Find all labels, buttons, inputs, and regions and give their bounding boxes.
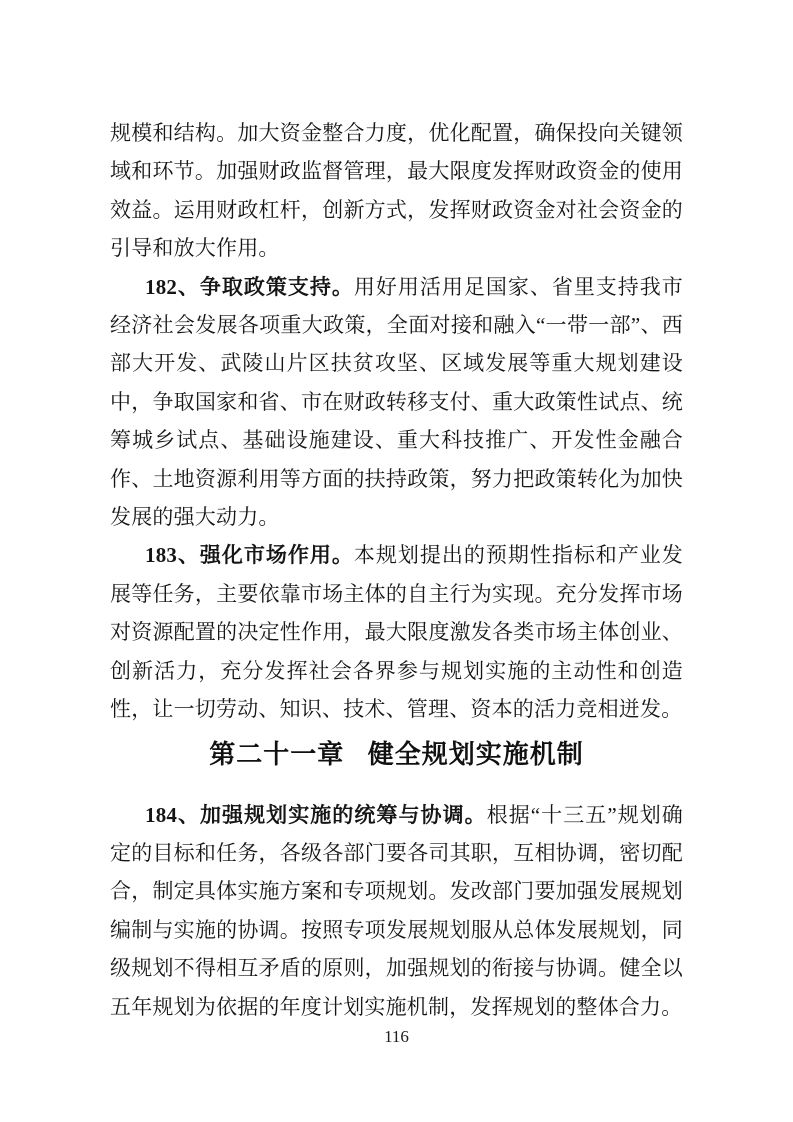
paragraph-text: 用好用活用足国家、省里支持我市经济社会发展各项重大政策，全面对接和融入“一带一部… [110,275,683,529]
page-number: 116 [0,1026,793,1048]
document-page: 规模和结构。加大资金整合力度，优化配置，确保投向关键领域和环节。加强财政监督管理… [0,0,793,1122]
paragraph-continuation: 规模和结构。加大资金整合力度，优化配置，确保投向关键领域和环节。加强财政监督管理… [110,114,683,268]
paragraph-lead: 182、争取政策支持。 [145,275,354,299]
paragraph-184: 184、加强规划实施的统筹与协调。根据“十三五”规划确定的目标和任务，各级各部门… [110,796,683,1026]
chapter-title: 健全规划实施机制 [368,739,584,769]
paragraph-lead: 183、强化市场作用。 [145,543,354,567]
paragraph-183: 183、强化市场作用。本规划提出的预期性指标和产业发展等任务，主要依靠市场主体的… [110,536,683,728]
chapter-number: 第二十一章 [209,739,344,769]
paragraph-text: 本规划提出的预期性指标和产业发展等任务，主要依靠市场主体的自主行为实现。充分发挥… [110,543,683,721]
paragraph-lead: 184、加强规划实施的统筹与协调。 [145,803,487,827]
paragraph-text: 根据“十三五”规划确定的目标和任务，各级各部门要各司其职，互相协调，密切配合，制… [110,803,683,1019]
text-block: 规模和结构。加大资金整合力度，优化配置，确保投向关键领域和环节。加强财政监督管理… [110,114,683,1026]
chapter-heading: 第二十一章健全规划实施机制 [110,733,683,775]
paragraph-182: 182、争取政策支持。用好用活用足国家、省里支持我市经济社会发展各项重大政策，全… [110,268,683,537]
paragraph-text: 规模和结构。加大资金整合力度，优化配置，确保投向关键领域和环节。加强财政监督管理… [110,121,683,260]
